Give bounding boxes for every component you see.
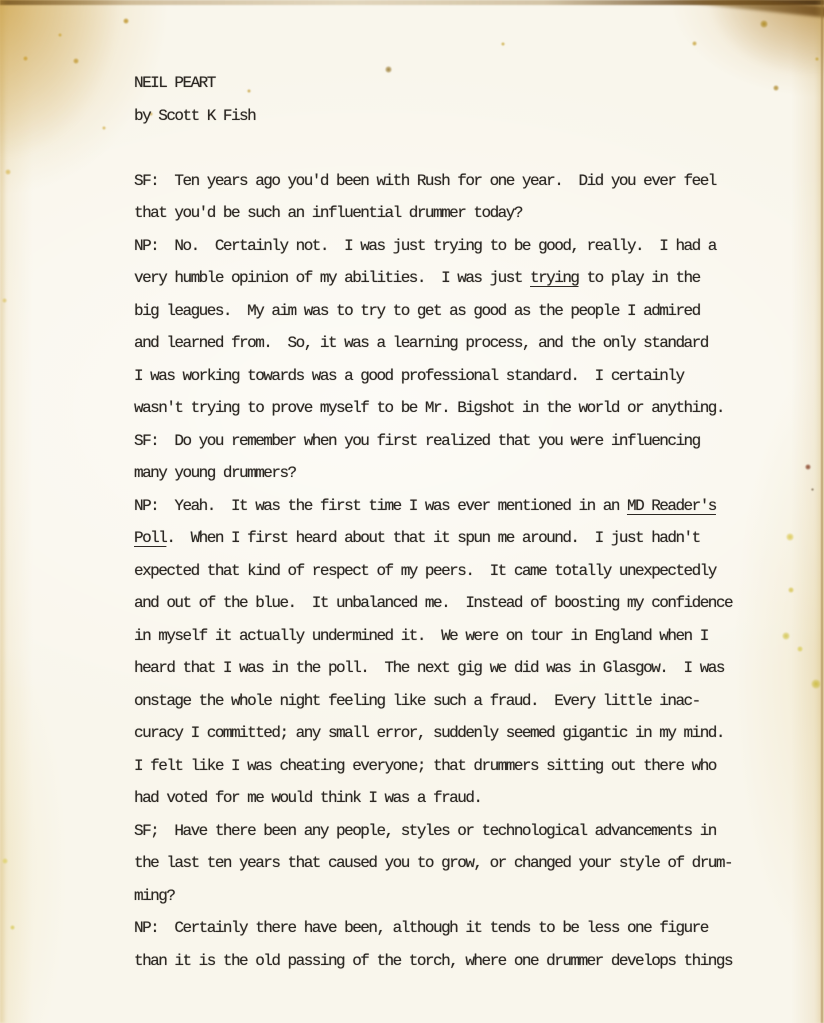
aging-speck <box>811 488 814 491</box>
text-segment: and learned from. So, it was a learning … <box>134 334 708 352</box>
text-segment: curacy I committed; any small error, sud… <box>134 724 724 742</box>
underlined-text: trying <box>530 269 579 287</box>
text-line: NP: Certainly there have been, although … <box>134 912 774 945</box>
text-line: SF: Ten years ago you'd been with Rush f… <box>134 165 774 198</box>
aging-speck <box>805 464 811 470</box>
top-left-corner-stain <box>0 0 125 165</box>
text-line: NP: No. Certainly not. I was just trying… <box>134 230 774 263</box>
text-segment: the last ten years that caused you to gr… <box>134 854 732 872</box>
aging-speck <box>760 20 768 28</box>
text-segment: many young drummers? <box>134 464 296 482</box>
text-line: and learned from. So, it was a learning … <box>134 327 774 360</box>
aging-speck <box>5 169 11 175</box>
aging-speck <box>2 298 7 303</box>
text-line: wasn't trying to prove myself to be Mr. … <box>134 392 774 425</box>
text-segment: than it is the old passing of the torch,… <box>134 952 732 970</box>
text-segment: SF: Ten years ago you'd been with Rush f… <box>134 172 716 190</box>
text-segment: I was working towards was a good profess… <box>134 367 684 385</box>
aging-speck <box>2 858 8 864</box>
text-segment: to play in the <box>579 269 700 287</box>
text-segment: heard that I was in the poll. The next g… <box>134 659 724 677</box>
underlined-text: Poll <box>134 529 166 547</box>
text-line: very humble opinion of my abilities. I w… <box>134 262 774 295</box>
aging-speck <box>786 533 794 541</box>
text-line: SF: Do you remember when you first reali… <box>134 425 774 458</box>
text-line: ming? <box>134 880 774 913</box>
aging-speck <box>782 632 790 640</box>
text-segment: that you'd be such an influential drumme… <box>134 204 522 222</box>
aging-speck <box>501 42 505 46</box>
text-segment: and out of the blue. It unbalanced me. I… <box>134 594 732 612</box>
text-line: than it is the old passing of the torch,… <box>134 945 774 978</box>
text-segment: expected that kind of respect of my peer… <box>134 562 716 580</box>
aging-speck <box>23 56 28 61</box>
text-line: curacy I committed; any small error, sud… <box>134 717 774 750</box>
aging-speck <box>58 33 62 37</box>
text-line: the last ten years that caused you to gr… <box>134 847 774 880</box>
text-line: had voted for me would think I was a fra… <box>134 782 774 815</box>
document-title: NEIL PEART <box>134 67 774 100</box>
aging-speck <box>788 587 794 593</box>
text-segment: SF; Have there been any people, styles o… <box>134 822 716 840</box>
text-line: and out of the blue. It unbalanced me. I… <box>134 587 774 620</box>
text-segment: NP: Certainly there have been, although … <box>134 919 708 937</box>
text-line: in myself it actually undermined it. We … <box>134 620 774 653</box>
text-line: heard that I was in the poll. The next g… <box>134 652 774 685</box>
text-line: big leagues. My aim was to try to get as… <box>134 295 774 328</box>
scanned-page: NEIL PEART by Scott K Fish SF: Ten years… <box>0 0 824 1023</box>
text-segment: . When I first heard about that it spun … <box>166 529 699 547</box>
text-segment: big leagues. My aim was to try to get as… <box>134 302 700 320</box>
text-segment: onstage the whole night feeling like suc… <box>134 692 700 710</box>
document-body: NEIL PEART by Scott K Fish SF: Ten years… <box>134 67 774 977</box>
right-page-edge <box>821 0 823 1023</box>
text-line: I felt like I was cheating everyone; tha… <box>134 750 774 783</box>
text-segment: SF: Do you remember when you first reali… <box>134 432 700 450</box>
text-line: I was working towards was a good profess… <box>134 360 774 393</box>
aging-speck <box>815 57 819 61</box>
text-line: SF; Have there been any people, styles o… <box>134 815 774 848</box>
aging-speck <box>811 679 821 689</box>
interview-text: SF: Ten years ago you'd been with Rush f… <box>134 165 774 978</box>
aging-speck <box>692 41 697 46</box>
text-segment: in myself it actually undermined it. We … <box>134 627 708 645</box>
aging-speck <box>123 18 129 24</box>
left-edge-stain <box>0 0 7 1023</box>
text-segment: very humble opinion of my abilities. I w… <box>134 269 530 287</box>
blank-line <box>134 132 774 165</box>
text-segment: I felt like I was cheating everyone; tha… <box>134 757 716 775</box>
text-line: NP: Yeah. It was the first time I was ev… <box>134 490 774 523</box>
text-segment: ming? <box>134 887 174 905</box>
text-line: expected that kind of respect of my peer… <box>134 555 774 588</box>
document-byline: by Scott K Fish <box>134 100 774 133</box>
aging-speck <box>797 646 803 652</box>
text-segment: NP: Yeah. It was the first time I was ev… <box>134 497 627 515</box>
text-line: many young drummers? <box>134 457 774 490</box>
text-segment: wasn't trying to prove myself to be Mr. … <box>134 399 724 417</box>
aging-speck <box>73 58 79 64</box>
text-line: that you'd be such an influential drumme… <box>134 197 774 230</box>
aging-speck <box>10 925 15 930</box>
text-line: Poll. When I first heard about that it s… <box>134 522 774 555</box>
aging-speck <box>102 126 106 130</box>
text-line: onstage the whole night feeling like suc… <box>134 685 774 718</box>
text-segment: had voted for me would think I was a fra… <box>134 789 482 807</box>
text-segment: NP: No. Certainly not. I was just trying… <box>134 237 716 255</box>
underlined-text: MD Reader's <box>627 497 716 515</box>
